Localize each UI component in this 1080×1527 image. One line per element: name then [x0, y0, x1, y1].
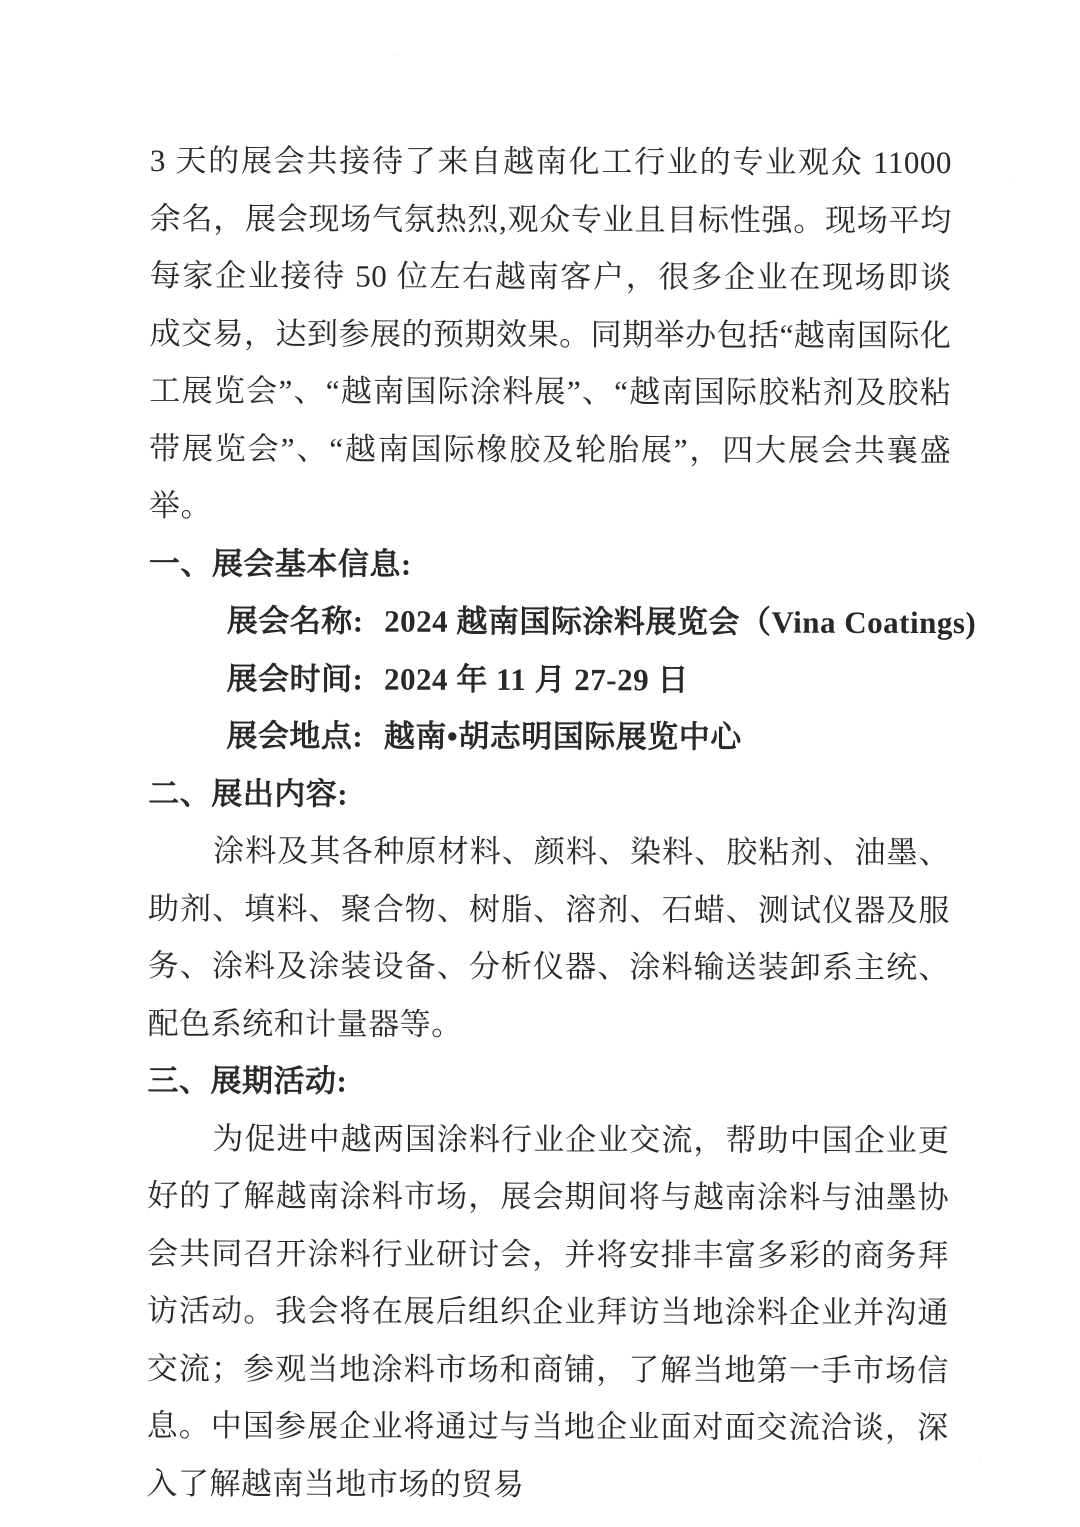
exhibition-name-label: 展会名称:	[227, 603, 364, 638]
exhibition-date-value: 2024 年 11 月 27-29 日	[384, 661, 689, 697]
exhibition-date-label: 展会时间:	[227, 661, 364, 696]
section3-body-paragraph: 为促进中越两国涂料行业企业交流，帮助中国企业更好的了解越南涂料市场，展会期间将与…	[146, 1109, 949, 1514]
exhibition-name-value: 2024 越南国际涂料展览会（Vina Coatings)	[384, 604, 976, 641]
exhibition-name-line: 展会名称: 2024 越南国际涂料展览会（Vina Coatings)	[149, 592, 951, 652]
exhibition-venue-label: 展会地点:	[226, 718, 363, 753]
exhibition-venue-line: 展会地点: 越南•胡志明国际展览中心	[148, 707, 950, 767]
section2-heading: 二、展出内容:	[148, 764, 950, 824]
section3-heading: 三、展期活动:	[147, 1052, 949, 1112]
document-page: 3 天的展会共接待了来自越南化工行业的专业观众 11000 余名，展会现场气氛热…	[0, 0, 1080, 1527]
intro-paragraph: 3 天的展会共接待了来自越南化工行业的专业观众 11000 余名，展会现场气氛热…	[149, 132, 952, 537]
exhibition-venue-value: 越南•胡志明国际展览中心	[384, 719, 742, 755]
section2-body-paragraph: 涂料及其各种原材料、颜料、染料、胶粘剂、油墨、助剂、填料、聚合物、树脂、溶剂、石…	[148, 822, 951, 1054]
document-content: 3 天的展会共接待了来自越南化工行业的专业观众 11000 余名，展会现场气氛热…	[146, 132, 952, 1514]
exhibition-date-line: 展会时间: 2024 年 11 月 27-29 日	[148, 649, 950, 709]
section1-heading: 一、展会基本信息:	[149, 534, 951, 594]
